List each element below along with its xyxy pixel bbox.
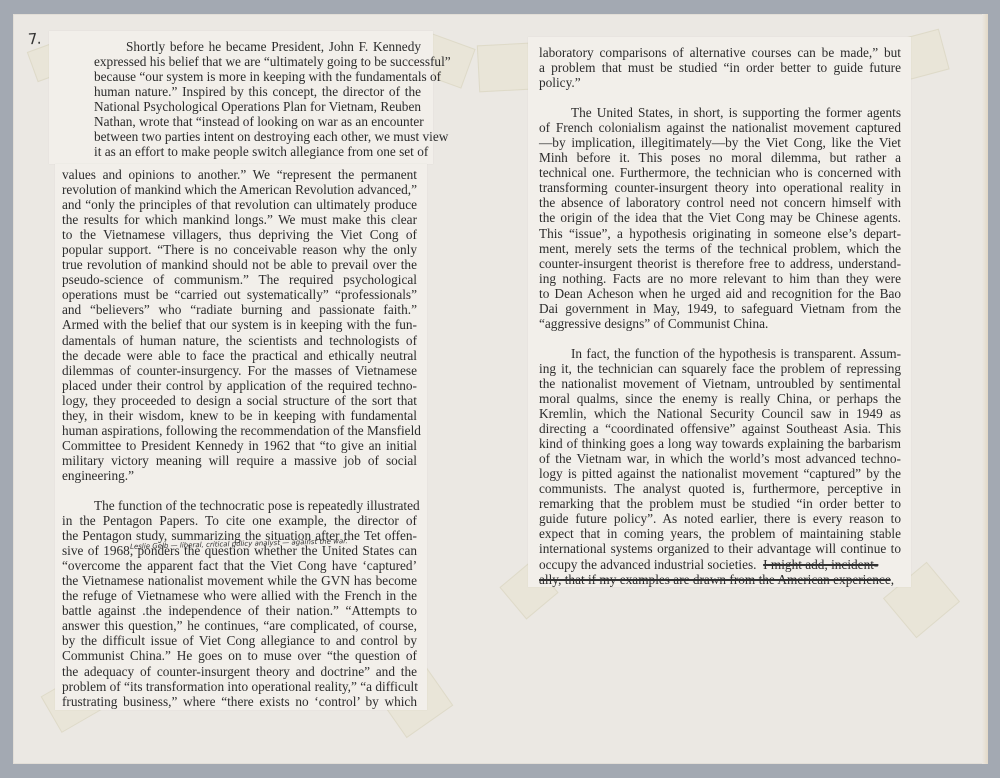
text-line: directing a “coordinated offensive” agai…	[539, 421, 901, 436]
text-line: and “only the principles of that revolut…	[62, 197, 417, 212]
text-line: answer this question,” he continues, “ar…	[62, 618, 417, 633]
text-line: Kremlin, which the National Security Cou…	[539, 406, 901, 421]
text-line: battle against .the independence of thei…	[62, 603, 417, 618]
text-line: the Vietnamese nationalist movement whil…	[62, 573, 417, 588]
text-line: Shortly before he became President, John…	[94, 39, 421, 54]
text-line: counter-insurgent theorist is therefore …	[539, 256, 901, 271]
right-clipping: laboratory comparisons of alternative co…	[528, 37, 911, 587]
text-line: by the difficult issue of Viet Cong alle…	[62, 633, 417, 648]
text-line: to Dean Acheson when he urged aid and re…	[539, 286, 901, 301]
text-line: Minh before it. This poses no moral dile…	[539, 150, 901, 165]
tape-piece	[477, 43, 531, 93]
text-line: in the Pentagon Papers. To cite one exam…	[62, 513, 417, 528]
text-line: “overcome the apparent fact that the Vie…	[62, 558, 417, 573]
text-line: a problem that must be studied “in order…	[539, 60, 901, 75]
text-line: pseudo-science of communism.” The requir…	[62, 272, 417, 287]
text-line: popular support. “There is no conceivabl…	[62, 242, 417, 257]
text-line: revolution of mankind which the American…	[62, 182, 417, 197]
text-line: military victory meaning will require a …	[62, 453, 417, 468]
text-line: the absence of laboratory control need n…	[539, 195, 901, 210]
clip1-text: Shortly before he became President, John…	[94, 39, 421, 159]
text-line: moral qualms, since the enemy is really …	[539, 391, 901, 406]
right-para2: The United States, in short, is supporti…	[539, 105, 901, 331]
text-line-with-deletion: occupy the advanced industrial societies…	[539, 557, 901, 572]
right-para1: laboratory comparisons of alternative co…	[539, 45, 901, 90]
text-line: the decade were able to face the practic…	[62, 348, 417, 363]
clip2-para1: values and opinions to another.” We “rep…	[62, 167, 417, 483]
text-line: engineering.”	[62, 468, 417, 483]
text-line: expect that in coming years, the problem…	[539, 526, 901, 541]
text-line: dilemmas of counter-insurgency. For the …	[62, 363, 417, 378]
text-line: Dai government in May, 1949, to safeguar…	[539, 301, 901, 316]
text-line: The United States, in short, is supporti…	[539, 105, 901, 120]
text-line: human aspirations, following the recomme…	[62, 423, 417, 438]
text-line: of the Vietnam war, in which the world’s…	[539, 451, 901, 466]
text-line: technical one. Furthermore, the technici…	[539, 165, 901, 180]
text-line: —by implication, illegitimately—by the V…	[539, 135, 901, 150]
text-line: This “issue”, a hypothesis originating i…	[539, 226, 901, 241]
text-line: remarking that the problem must be studi…	[539, 496, 901, 511]
text-line: policy.”	[539, 75, 901, 90]
text-line: damentals of human nature, the scientist…	[62, 333, 417, 348]
text-line: the refuge of Vietnamese who were allied…	[62, 588, 417, 603]
text-line: transforming counter-insurgent theory in…	[539, 180, 901, 195]
text-line: Committee to President Kennedy in 1962 t…	[62, 438, 417, 453]
text-line: international systems organized to their…	[539, 541, 901, 556]
board-edge	[982, 14, 988, 764]
text-line: ment, merely sets the terms of the techn…	[539, 241, 901, 256]
text-line: values and opinions to another.” We “rep…	[62, 167, 417, 182]
text-line: problem of “its transformation into oper…	[62, 679, 417, 694]
text-line: kind of thinking goes a long way towards…	[539, 436, 901, 451]
text-line: because “our system is more in keeping w…	[94, 69, 421, 84]
struck-text: ally, that if my examples are drawn from…	[539, 572, 891, 587]
left-clipping-main: values and opinions to another.” We “rep…	[55, 164, 427, 710]
text-line: the origin of the idea that the Viet Con…	[539, 210, 901, 225]
text-line: logy is pitted against the nationalist m…	[539, 466, 901, 481]
left-clipping-top: Shortly before he became President, John…	[49, 31, 433, 164]
page-marker: 7.	[27, 30, 41, 49]
text-line: the results for which mankind longs.” We…	[62, 212, 417, 227]
text-line: expressed his belief that we are “ultima…	[94, 54, 421, 69]
text-line: human nature.” Inspired by this concept,…	[94, 84, 421, 99]
struck-text: I might add, incident-	[763, 557, 878, 572]
text-line: ing nothing. Facts are no more relevant …	[539, 271, 901, 286]
text-line: the adequacy of counter-insurgent theory…	[62, 664, 417, 679]
text-line: The function of the technocratic pose is…	[62, 498, 417, 513]
text-line: guide future policy”. As noted earlier, …	[539, 511, 901, 526]
text-line: ing it, the technician can squarely face…	[539, 361, 901, 376]
text-line: true revolution of mankind should not be…	[62, 257, 417, 272]
text-line: placed under their control by applicatio…	[62, 378, 417, 393]
text-line: to the Vietnamese villagers, thus depriv…	[62, 227, 417, 242]
mounting-board: 7. Shortly before he became President, J…	[13, 14, 988, 764]
text-line: the nationalist movement of Vietnam, unt…	[539, 376, 901, 391]
text-line: of French colonialism against the nation…	[539, 120, 901, 135]
text-line: “aggressive designs” of Communist China.	[539, 316, 901, 331]
text-line: operations must be “carried out systemat…	[62, 287, 417, 302]
text-line: between two parties intent on destroying…	[94, 129, 421, 144]
text-line: it as an effort to make people switch al…	[94, 144, 421, 159]
text-line: frustrating business,” where “there exis…	[62, 694, 417, 709]
text-line: logy, they proceeded to design a social …	[62, 393, 417, 408]
text-line: laboratory comparisons of alternative co…	[539, 45, 901, 60]
text-line: they, in their wisdom, knew to be in kee…	[62, 408, 417, 423]
text-line: In fact, the function of the hypothesis …	[539, 346, 901, 361]
text-line: Armed with the belief that our system is…	[62, 317, 417, 332]
text-line: communists. The analyst quoted is, furth…	[539, 481, 901, 496]
text-line: National Psychological Operations Plan f…	[94, 99, 421, 114]
text-line: Communist China.” He goes on to muse ove…	[62, 648, 417, 663]
struck-line: ally, that if my examples are drawn from…	[539, 572, 901, 587]
right-para3: In fact, the function of the hypothesis …	[539, 346, 901, 557]
clip2-para2: The function of the technocratic pose is…	[62, 498, 417, 709]
text-line: and “believers” who “radiate burning and…	[62, 302, 417, 317]
text-line: Nathan, wrote that “instead of looking o…	[94, 114, 421, 129]
